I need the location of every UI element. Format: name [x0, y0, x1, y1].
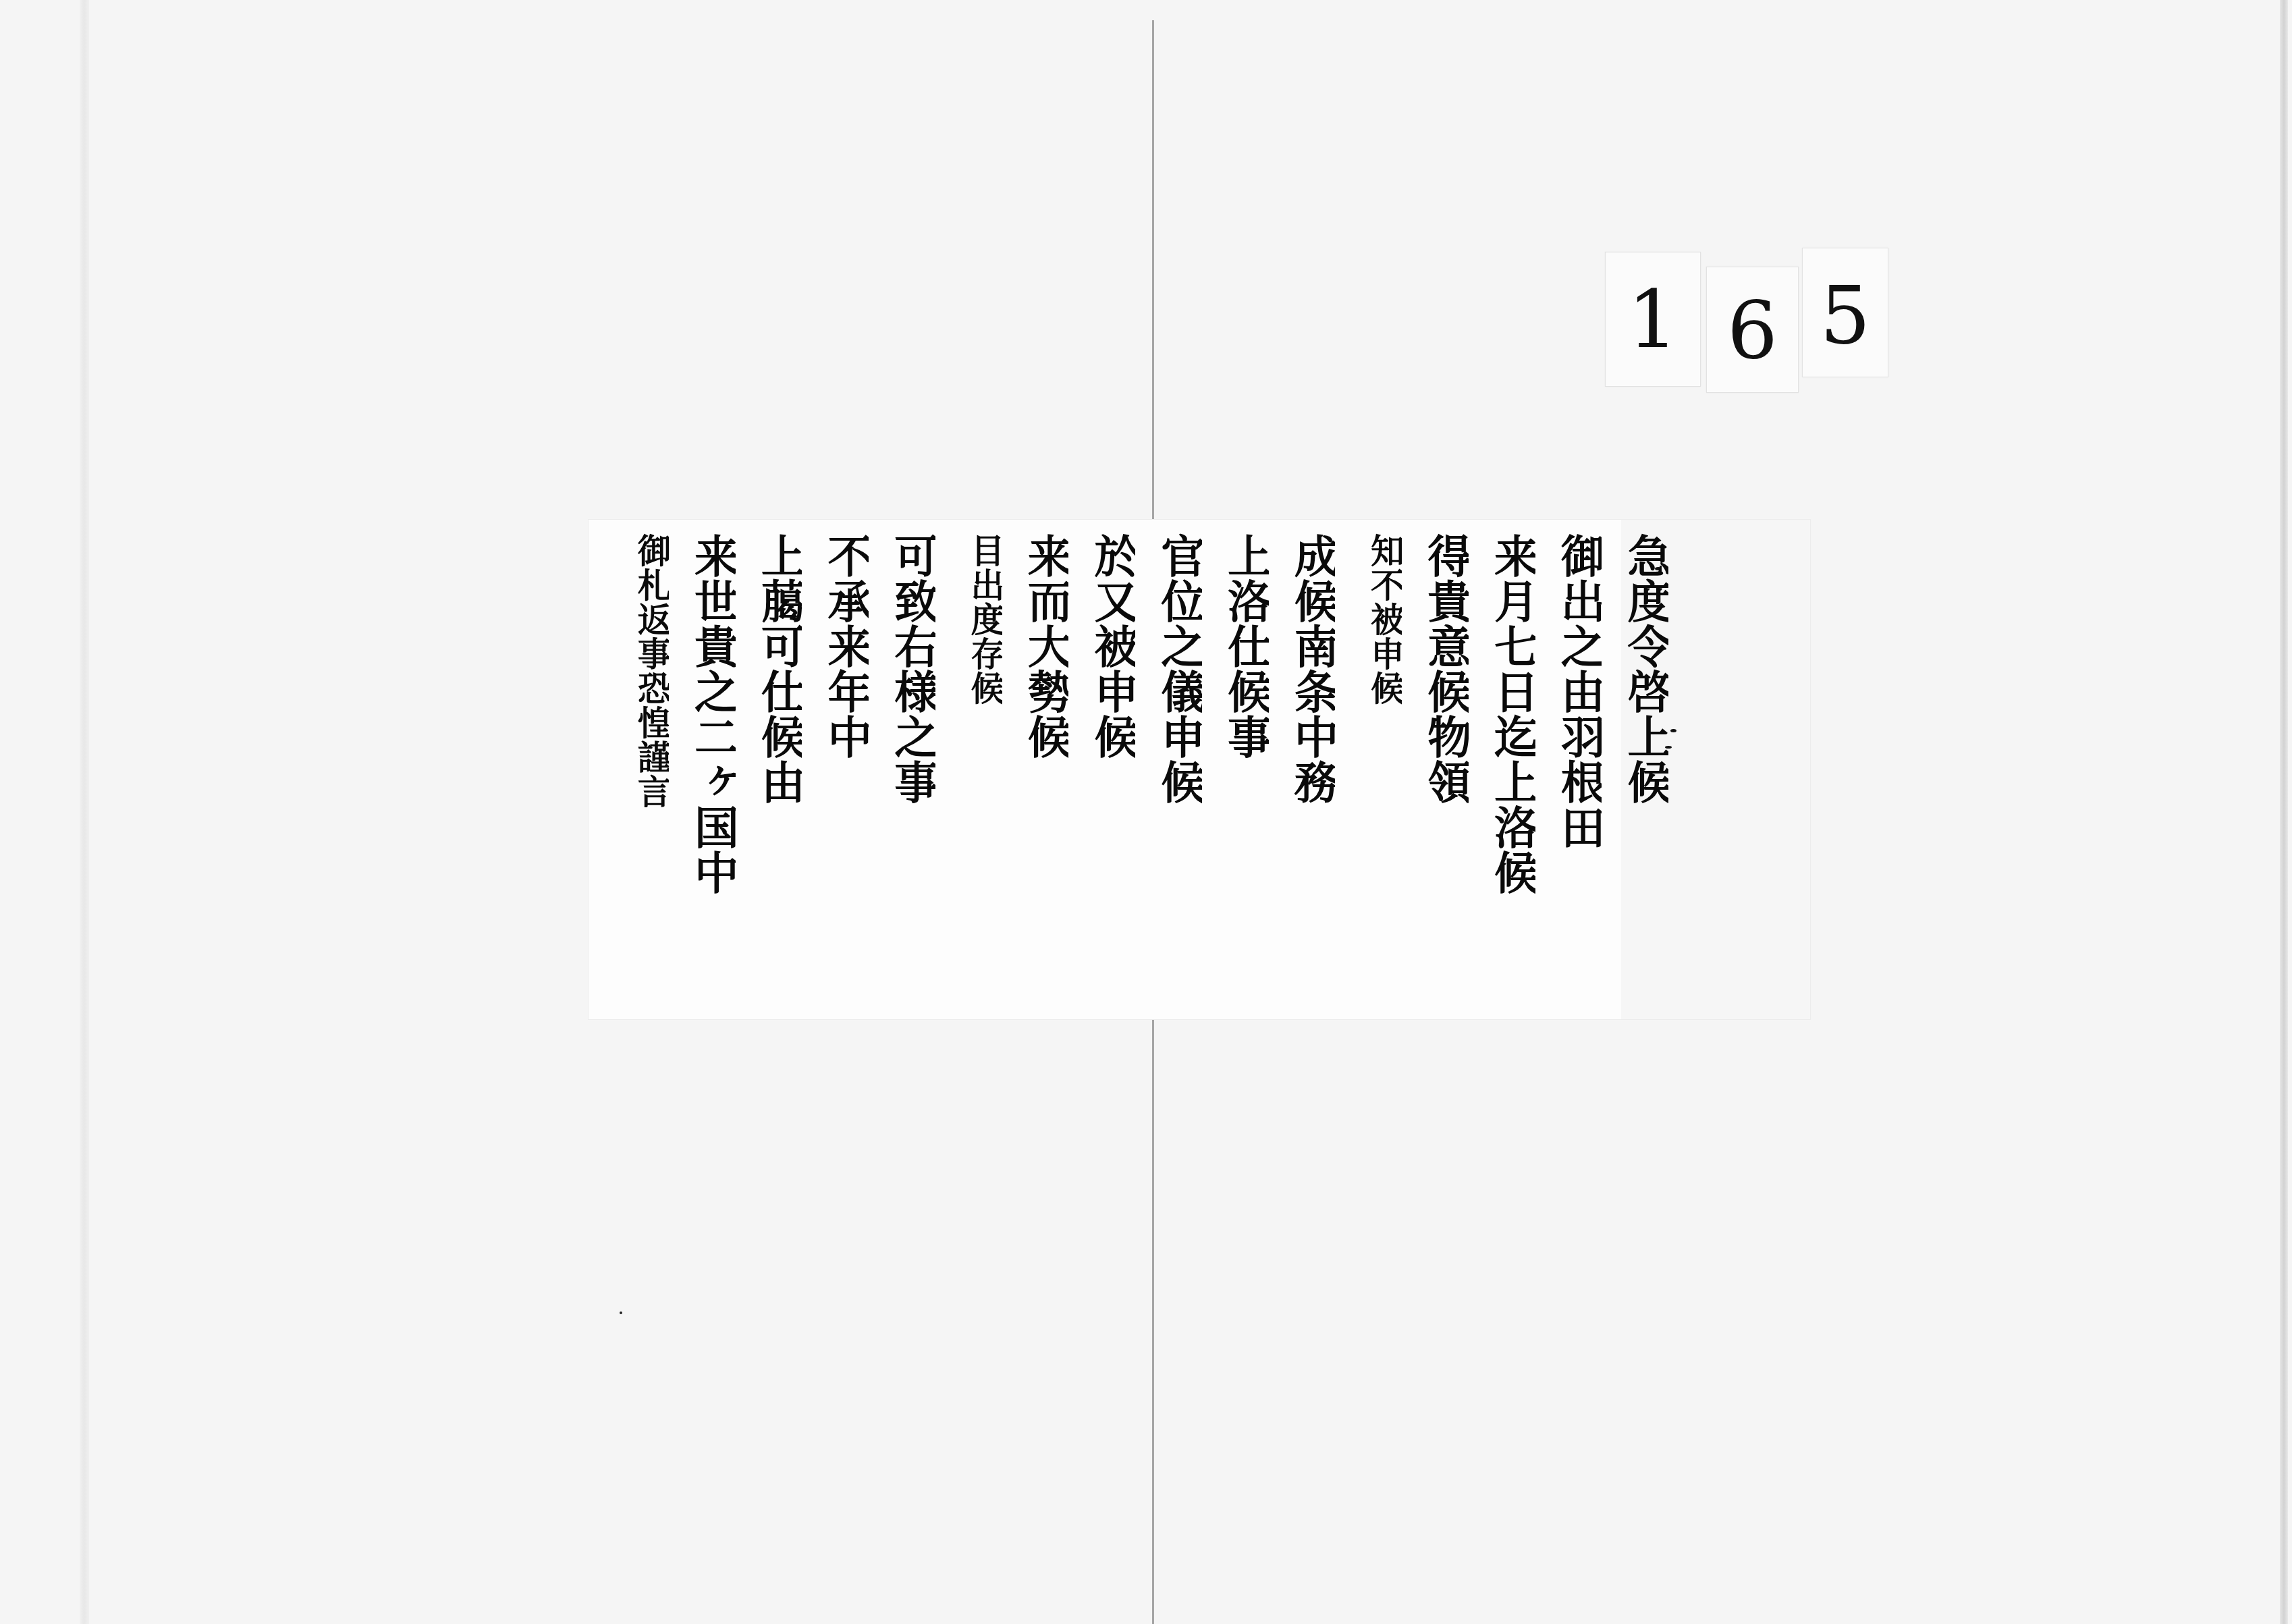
text-column: 来世貴之二ヶ国中: [669, 533, 736, 1012]
stray-mark: [620, 1311, 622, 1314]
text-column: 御札返事恐惶謹言: [602, 533, 669, 1012]
text-column: 目出度存候: [935, 533, 1002, 1012]
text-column: 得貴意候物領: [1402, 533, 1469, 1012]
text-column: 来而大勢候: [1002, 533, 1069, 1012]
text-columns: 急度令啓上候 御出之由羽根田 来月七日迄上洛候 得貴意候物領 知不被申候 成候南…: [589, 520, 1810, 1019]
text-column: 不承来年中: [802, 533, 869, 1012]
binding-edge-right: [2280, 0, 2288, 1624]
text-column: 知不被申候: [1335, 533, 1402, 1012]
text-column: 官位之儀申候: [1135, 533, 1202, 1012]
page-number-label: 1 6 5: [1605, 240, 1888, 381]
text-column: 於又被申候: [1068, 533, 1135, 1012]
text-column: 急度令啓上候: [1602, 533, 1668, 1012]
text-column: 来月七日迄上洛候: [1469, 533, 1535, 1012]
text-column: 成候南条中務: [1269, 533, 1336, 1012]
text-column: 御出之由羽根田: [1535, 533, 1602, 1012]
text-column: 上洛仕候事: [1202, 533, 1269, 1012]
page-number-digit: 5: [1802, 248, 1888, 377]
page-number-digit: 6: [1706, 267, 1799, 393]
binding-edge-left: [80, 0, 89, 1624]
text-column: 可致右様之事: [869, 533, 935, 1012]
page-number-digit: 1: [1605, 252, 1701, 387]
document-sheet: 急度令啓上候 御出之由羽根田 来月七日迄上洛候 得貴意候物領 知不被申候 成候南…: [589, 520, 1810, 1019]
text-column: 上﨟可仕候由: [736, 533, 802, 1012]
